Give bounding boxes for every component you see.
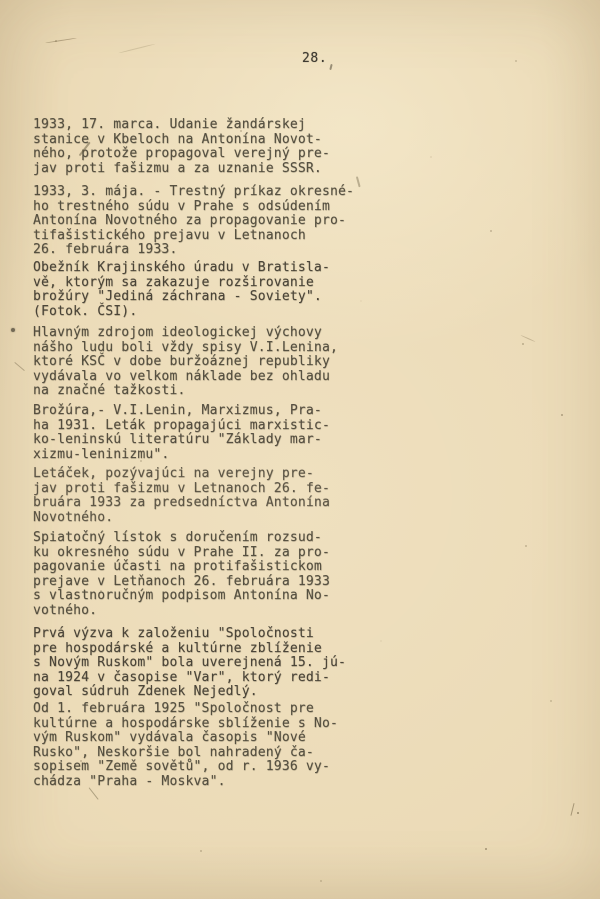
document-page: 28. 1933, 17. marca. Udanie žandárskej s… — [0, 0, 600, 899]
paragraph-obeznik-krajinskeho-uradu: Obežník Krajinského úradu v Bratisla- vě… — [33, 261, 385, 319]
scan-artifact-backslash — [14, 362, 25, 371]
paper-fiber — [118, 43, 155, 53]
paper-fiber — [570, 803, 574, 816]
paper-fiber — [520, 335, 535, 342]
paragraph-brozura-lenin: Brožúra,- V.I.Lenin, Marxizmus, Pra- ha … — [33, 404, 385, 462]
scan-artifact-comma — [329, 64, 332, 70]
paragraph-1933-marca-udanie: 1933, 17. marca. Udanie žandárskej stani… — [33, 118, 385, 176]
paper-fiber — [45, 38, 77, 44]
paragraph-1933-maja-trestny-prikaz: 1933, 3. mája. - Trestný príkaz okresné-… — [33, 185, 385, 258]
pencil-dot-mark — [11, 328, 15, 332]
paragraph-letacek-pozyvajuci: Letáček, pozývajúci na verejny pre- jav … — [33, 467, 385, 525]
page-number: 28. — [302, 51, 327, 66]
paragraph-hlavnym-zdrojom: Hlavným zdrojom ideologickej výchovy náš… — [33, 326, 385, 399]
paragraph-prva-vyzva: Prvá výzva k založeniu "Spoločnosti pre … — [33, 627, 385, 700]
paper-specks — [0, 0, 2, 2]
paragraph-spiatocny-listok: Spiatočný lístok s doručením rozsud- ku … — [33, 531, 385, 619]
paragraph-od-1-februara-1925: Od 1. februára 1925 "Spoločnost pre kult… — [33, 702, 385, 790]
